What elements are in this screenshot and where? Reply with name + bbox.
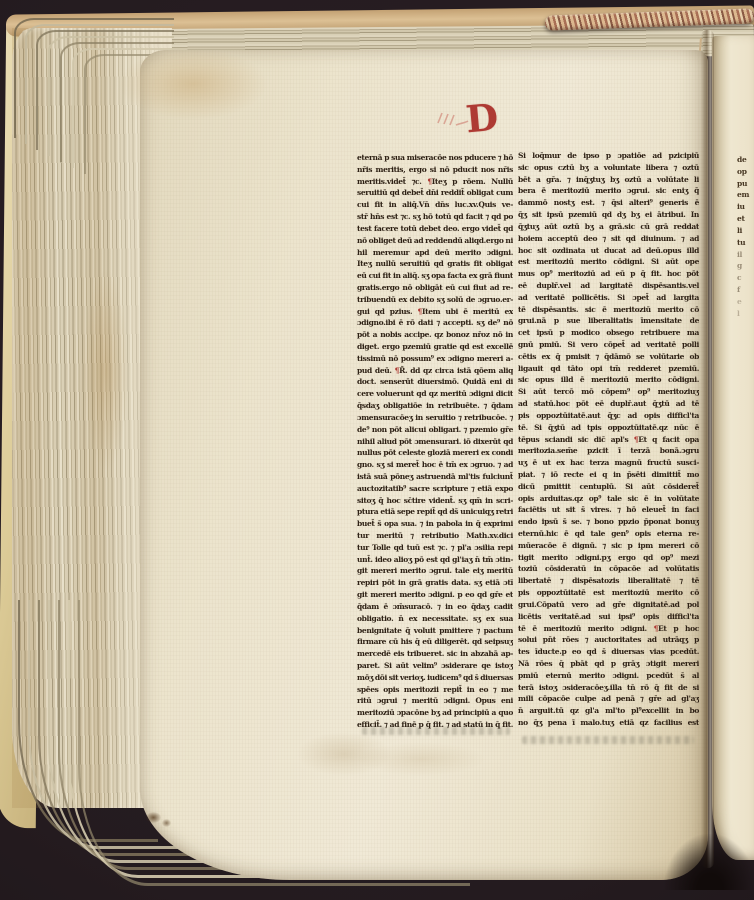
- text-line: seruitiū qd debet̄ dn̄i reddit̄ obligat …: [357, 187, 513, 199]
- facing-page-text-fragments: deoppuemiuetlituilgcfel: [737, 154, 754, 454]
- text-line: tur Tolle qd tuū est ⁊c. ⁊ pl'a ɔsilia r…: [357, 542, 513, 554]
- text-line: eternā p sua miseracōe nos pducere ⁊ hō: [357, 152, 513, 164]
- text-fragment: li: [737, 225, 754, 237]
- ink-showthrough: [522, 736, 694, 744]
- text-fragment: iu: [737, 201, 754, 213]
- text-line: tigit merito ɔdigni.pʒ ergo qd op⁹ mezi: [518, 552, 699, 564]
- pilcrow-mark: ¶: [634, 435, 638, 444]
- text-line: solui pn̄t rōes ⁊ auctoritates ad utrāqʒ…: [518, 634, 699, 646]
- text-line: uʒ ē ut ex hac terza magnū fructū susci-: [518, 457, 699, 469]
- text-line: n̄ arguit.tū qz gl'a ml'to pl⁹excellit i…: [518, 705, 699, 717]
- text-line: doct. senserūt diuersimō. Quidā eni di: [357, 376, 513, 388]
- text-line: istā suā pōneʒ astruendā ml'tis fulciunt…: [357, 471, 513, 483]
- text-line: ɔdigno.ibi ē rō dati ⁊ accepti. sʒ de⁹ n…: [357, 317, 513, 329]
- text-fragment: c: [737, 272, 754, 284]
- text-line: hoc sit ozdinata ut ducat ad deū.opus il…: [518, 245, 699, 257]
- text-line: eū cui fit in aliq̄. sʒ opa facta ex grā…: [357, 270, 513, 282]
- text-line: tissimū nō possum⁹ ex ɔdigno mereri a-: [357, 353, 513, 365]
- text-line: sic opus cztū bʒ a voluntate libera ⁊ oz…: [518, 162, 699, 174]
- text-fragment: op: [737, 166, 754, 178]
- pilcrow-mark: ¶: [654, 624, 658, 633]
- gutter-crease: [701, 30, 714, 868]
- text-line: nr̄is meritis, ergo si nō pducit nos nr̄…: [357, 164, 513, 176]
- text-line: paret. Si aūt velim⁹ ɔsiderare qe istoʒ: [357, 660, 513, 672]
- text-line: Nā rōes q̄ pbāt qd p grāʒ ɔtigit mereri: [518, 658, 699, 670]
- text-line: ɔmensuracōeʒ in seruitio ⁊ retribucōe. ⁊: [357, 412, 513, 424]
- text-fragment: et: [737, 213, 754, 225]
- text-line: eternū.hic ē qd tale gen⁹ opis eterna re…: [518, 528, 699, 540]
- text-line: q̄sdaʒ obligatiōe in retribuēte. ⁊ q̄dam: [357, 400, 513, 412]
- text-line: grui.nā p sue liberalitatis īmensitate d…: [518, 315, 699, 327]
- text-line: efficit̄. ⁊ ad finē p q̄ fit. ⁊ ad statū…: [357, 719, 513, 731]
- text-line: no q̄ʒ pena ī malo.tuʒ etiā qz facilius …: [518, 717, 699, 729]
- text-line: endo ipsū s̄ se. ⁊ bono ppzio p̄ponat bo…: [518, 516, 699, 528]
- text-line: tē ē meritoziū merito ɔdigni. ¶Et p hoc: [518, 623, 699, 635]
- text-line: tē dispēsantis. sic ē meritoziū merito c…: [518, 304, 699, 316]
- text-fragment: de: [737, 154, 754, 166]
- text-line: q̄dam ē ɔm̄suracō. ⁊ in eo q̄daʒ cadit: [357, 601, 513, 613]
- text-line: hoiem acceptū deo ⁊ sit qd diuinum. ⁊ ad: [518, 233, 699, 245]
- text-line: meritoziū ɔpacōne bʒ ad principiū a quo: [357, 707, 513, 719]
- text-line: Iteʒ nullū seruitiū qd gratis fit obliga…: [357, 258, 513, 270]
- text-line: faciētis ut sit s̄ vires. ⁊ hō eleuet̄ i…: [518, 504, 699, 516]
- text-line: spēes opis meritozii repit̄ in eo ⁊ me: [357, 684, 513, 696]
- text-line: ptura etiā sepe repit̄ qd ds̄ unicuiqʒ r…: [357, 506, 513, 518]
- text-line: unt̄. ideo alioʒ pō est qd gl'iaʒ n̄ tm̄…: [357, 554, 513, 566]
- text-line: q̄ʒ sit ipsū pzemiū qd dʒ bʒ ei ātribui.…: [518, 209, 699, 221]
- text-line: gno. sʒ si meret̄ hoc ē tm̄ ex ɔgruo. ⁊ …: [357, 459, 513, 471]
- text-line: q̄ʒtuʒ aūt oztū bʒ a grā.sic cū grā redd…: [518, 221, 699, 233]
- text-fragment: tu: [737, 237, 754, 249]
- text-line: licētis veritatē.ad sui ipsi⁹ opis diffi…: [518, 611, 699, 623]
- text-line: mus op⁹ meritoziū ad eū p q̄ fit. hoc pō…: [518, 268, 699, 280]
- text-line: grui.Cōpatū vero ad gr̄e dignitatē.ad po…: [518, 599, 699, 611]
- text-line: meritozia.sem̄e pzicit ī terzā bonā.ɔgru: [518, 445, 699, 457]
- text-line: mili cōpacōe culpe ad penā ⁊ gr̄e ad gl'…: [518, 693, 699, 705]
- text-line: mercedē eis tribueret. sic in abzahā ap-: [357, 648, 513, 660]
- text-line: ligauit qd tāto opi tm̄ redderet pzemiū.: [518, 363, 699, 375]
- text-line: cere voluerunt qd qz meritū ɔdigni dicit: [357, 388, 513, 400]
- pilcrow-mark: ¶: [418, 307, 422, 316]
- text-line: cētis ex q̄ pmisit ⁊ q̄dāmō se volūtarie…: [518, 351, 699, 363]
- text-line: de⁹ non pōt alicui obligari. ⁊ pzemio gr…: [357, 424, 513, 436]
- pilcrow-mark: ¶: [427, 177, 431, 186]
- text-line: est meritoziū merito cōdigni. Si aūt ope: [518, 256, 699, 268]
- text-line: cet ipsū p modico obsego retribuere ma: [518, 327, 699, 339]
- text-line: test facere totū debet deo. ergo videt̄ …: [357, 223, 513, 235]
- text-line: ritū ɔgrui ⁊ meritū ɔdigni. Opus eni: [357, 695, 513, 707]
- text-line: str̄ hn̄s est ⁊c. sʒ hō totū qd facit ⁊ …: [357, 211, 513, 223]
- text-fragment: il: [737, 249, 754, 261]
- text-column-right: Si loq̄mur de ipso p ɔpatiōe ad pzicipiū…: [518, 150, 699, 729]
- text-line: terā istoʒ ɔsideracōeʒ.illa tn̄ rō q̄ fi…: [518, 682, 699, 694]
- text-line: Si loq̄mur de ipso p ɔpatiōe ad pzicipiū: [518, 150, 699, 162]
- text-column-left: eternā p sua miseracōe nos pducere ⁊ hōn…: [357, 152, 513, 731]
- text-line: dammō nostʒ est. ⁊ q̄si alteri⁹ generis …: [518, 197, 699, 209]
- text-line: ad veritatē pollicētis. Si ɔpet̄ ad larg…: [518, 292, 699, 304]
- text-line: pmiū eternū merito ɔdigni. pcedūt s̄ al: [518, 670, 699, 682]
- text-line: dicū pmittit centuplū. Si aūt cōsideret̄: [518, 481, 699, 493]
- text-line: tē. Si q̄ʒtū ad tpis oppoztūitatē.qz nūc…: [518, 422, 699, 434]
- text-line: repiri pōt in grā gratis data. sʒ etiā ɔ…: [357, 577, 513, 589]
- text-line: pud deū. ¶R̄. dd qz circa istā qōem aliq: [357, 365, 513, 377]
- text-line: sic opus illd ē meritoziū merito cōdigni…: [518, 374, 699, 386]
- book-photo: D eternā p sua miseracōe nos pducere ⁊ h…: [0, 0, 754, 900]
- text-fragment: f: [737, 284, 754, 296]
- text-line: gratis.ergo nō obligāt eū cui fiut ad re…: [357, 282, 513, 294]
- text-line: meritis.videt̄ ⁊c. ¶Iteʒ p rōem. Nullū: [357, 176, 513, 188]
- text-line: firmare cū his q̄ eū diligerēt. qd seips…: [357, 636, 513, 648]
- rubric-initial-d: D: [464, 99, 499, 139]
- text-line: opis arduitas.qz op⁹ tale sic ē in volūt…: [518, 493, 699, 505]
- text-line: pōt a nobis accipe. qz bonoz nr̄oz nō in: [357, 329, 513, 341]
- text-line: auctozitatib⁹ sacre scripture ⁊ etiā exp…: [357, 483, 513, 495]
- text-line: git mereri merito ɔdigni. p eo qd gr̄e e…: [357, 589, 513, 601]
- text-line: bēt a gr̄a. ⁊ inq̄ʒtuʒ bʒ oztū a volūtat…: [518, 174, 699, 186]
- text-line: bera ē meritoziū merito ɔgrui. sic eniʒ …: [518, 185, 699, 197]
- text-line: toziū cōsideratū in cōpacōe ad volūtatis: [518, 563, 699, 575]
- gutter-shadow: [664, 834, 754, 890]
- text-fragment: l: [737, 308, 754, 320]
- text-line: mūeracōe ē dignū. ⁊ sic p ipm mereri cō: [518, 540, 699, 552]
- text-line: eē duplr̄.vel ad largitatē dispēsantis.v…: [518, 280, 699, 292]
- text-line: tēpus sciandi sic dic̄ apl's ¶Et q facit…: [518, 434, 699, 446]
- text-line: nullus pōt celeste gloziā mereri ex cond…: [357, 447, 513, 459]
- text-line: libertatē ⁊ dispēsatozis liberalitatē ⁊ …: [518, 575, 699, 587]
- text-line: Si aūt tercō mō cōpem⁹ op⁹ meritoziuʒ: [518, 386, 699, 398]
- text-line: diget. ergo pzemiū gratie qd est excellē: [357, 341, 513, 353]
- text-fragment: e: [737, 296, 754, 308]
- text-line: tribuendū ex debito sʒ solū de ɔgruo.er-: [357, 294, 513, 306]
- text-line: tes īducte.p eo qd s̄ diuersas vias pced…: [518, 646, 699, 658]
- text-line: cui fit in aliq̄.Vn̄ dn̄s luc.xv.Quis ve…: [357, 199, 513, 211]
- text-fragment: g: [737, 260, 754, 272]
- text-line: hil meremur apd deū merito ɔdigni.: [357, 247, 513, 259]
- text-line: pis oppoztūitatē est meritoziū merito cō: [518, 587, 699, 599]
- text-line: nō obliget deū ad reddendū aliqd.ergo ni: [357, 235, 513, 247]
- text-line: piat. ⁊ iō recte ei q in p̄sēti dimittit…: [518, 469, 699, 481]
- pilcrow-mark: ¶: [395, 366, 399, 375]
- text-line: sitoʒ q̄ hoc sc̄tire vident̄. sʒ qm̄ in …: [357, 495, 513, 507]
- text-line: ad statū.hoc pōt eē duplr̄.aut q̄ʒtū ad …: [518, 398, 699, 410]
- text-fragment: em: [737, 189, 754, 201]
- text-fragment: pu: [737, 178, 754, 190]
- text-line: benignitate q̄ voluit pmittere ⁊ pactum: [357, 625, 513, 637]
- text-line: mōʒ dōi sit verioʒ. iudicem⁹ qd s̄ diuer…: [357, 672, 513, 684]
- text-line: nihil aliud pōt ɔmensurari. iō dixerūt q…: [357, 436, 513, 448]
- text-line: tur meritū ⁊ retributio Math.xv.dici: [357, 530, 513, 542]
- text-line: obligatio. n̄ ex necessitate. sʒ ex sua …: [357, 613, 513, 625]
- text-line: git mereri merito ɔgrui. tale eiʒ meritū: [357, 565, 513, 577]
- text-line: gui qd pzius. ¶Item ubi ē meritū ex: [357, 306, 513, 318]
- text-line: buet̄ s̄ opa sua. ⁊ in pabola in q̄ expr…: [357, 518, 513, 530]
- text-line: gnū pmiū. Si vero cōpet̄ ad veritatē pol…: [518, 339, 699, 351]
- text-line: pis oppoztūitatē.aut q̄ʒc ad opis diffic…: [518, 410, 699, 422]
